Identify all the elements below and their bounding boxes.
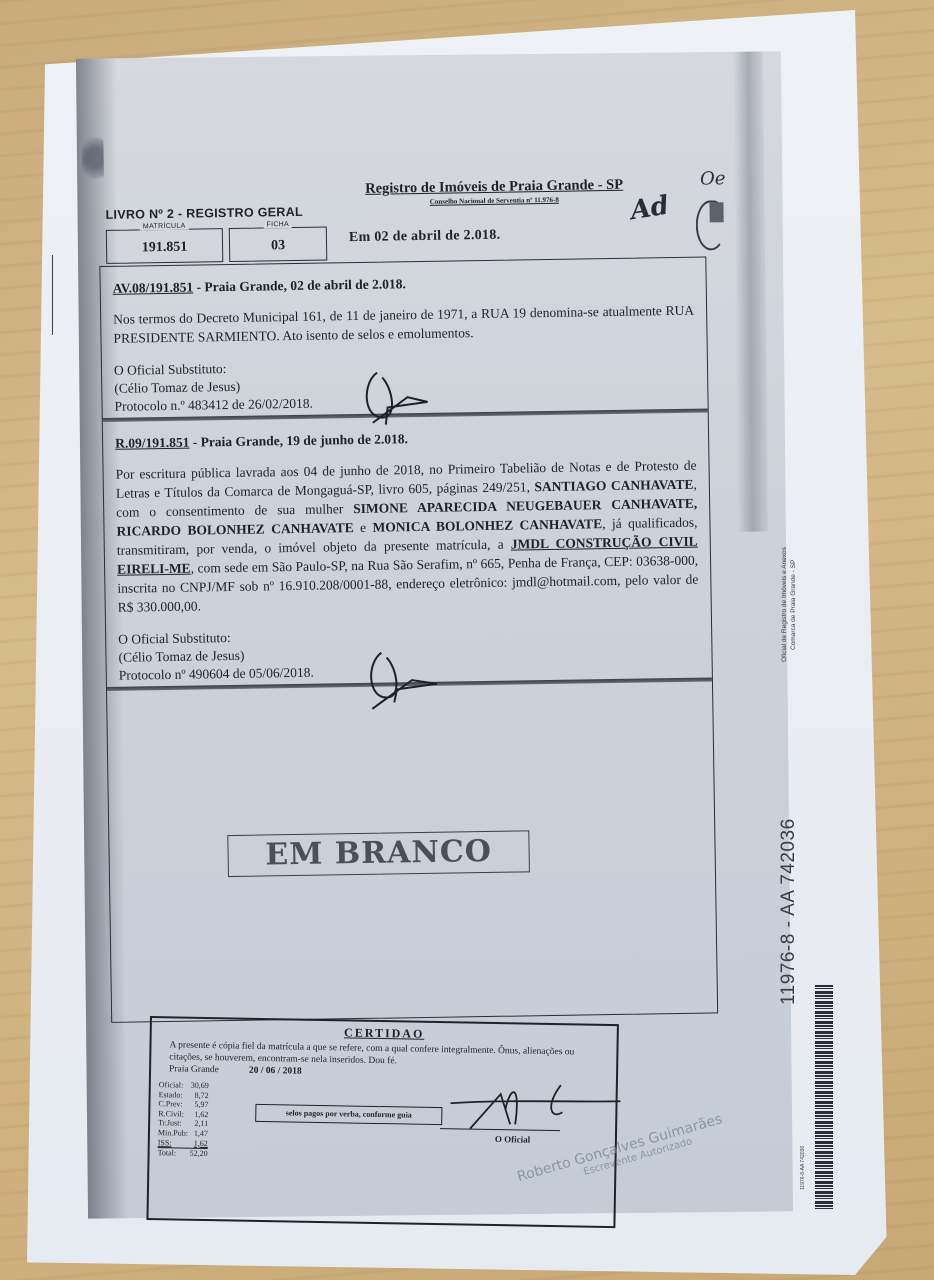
- signature-icon: [450, 1078, 621, 1141]
- seller-name: SANTIAGO CANHAVATE: [534, 477, 693, 494]
- fee-value: 8,72: [195, 1090, 209, 1100]
- registry-heading: Registro de Imóveis de Praia Grande - SP…: [365, 177, 623, 207]
- opening-date: Em 02 de abril de 2.018.: [349, 228, 501, 246]
- fee-value: 1,47: [194, 1129, 208, 1139]
- fee-label: C.Prev:: [158, 1099, 182, 1109]
- ficha-value: 03: [230, 227, 327, 265]
- fee-value: 1,62: [194, 1110, 208, 1120]
- fee-label: Oficial:: [159, 1080, 184, 1090]
- certificate-place: Praia Grande: [169, 1064, 219, 1075]
- fee-row: ISS:1,62: [158, 1138, 208, 1148]
- certificate-box: CERTIDAO A presente é cópia fiel da matr…: [146, 1016, 618, 1228]
- handwritten-note: Oe: [700, 168, 726, 189]
- matricula-value: 191.851: [107, 229, 223, 267]
- co-seller-name: MONICA BOLONHEZ CANHAVATE: [372, 516, 602, 535]
- barcode-icon: [815, 985, 833, 1210]
- fee-label: Min.Pub:: [158, 1128, 188, 1138]
- copy-edge: [733, 52, 768, 532]
- fee-value: 30,69: [191, 1081, 209, 1091]
- entry-heading-text: - Praia Grande, 02 de abril de 2.018.: [193, 276, 406, 294]
- fees-table: Oficial:30,69 Estado:8,72 C.Prev:5,97 R.…: [158, 1080, 209, 1159]
- body-text: , com sede em São Paulo-SP, na Rua São S…: [117, 553, 698, 615]
- body-text: e: [354, 520, 373, 535]
- fee-value: 1,62: [194, 1138, 208, 1148]
- ficha-box: FICHA 03: [229, 226, 328, 262]
- security-strip: Oficial de Registro de Imóveis e AnexosC…: [770, 490, 840, 1220]
- entry-body: Por escritura pública lavrada aos 04 de …: [115, 456, 698, 617]
- registry-document: LIVRO Nº 2 - REGISTRO GERAL Registro de …: [100, 170, 723, 1022]
- fee-label: R.Civil:: [158, 1109, 184, 1119]
- entry-heading: AV.08/191.851 - Praia Grande, 02 de abri…: [113, 270, 694, 298]
- entries-box: AV.08/191.851 - Praia Grande, 02 de abri…: [99, 256, 718, 1022]
- entry-body: Nos termos do Decreto Municipal 161, de …: [113, 301, 695, 348]
- strip-caption-line: Oficial de Registro de Imóveis e Anexos: [780, 510, 789, 700]
- fee-label: Estado:: [159, 1090, 183, 1100]
- matricula-box: MATRÍCULA 191.851: [106, 228, 224, 264]
- margin-mark: [52, 255, 53, 335]
- entry-r09: R.09/191.851 - Praia Grande, 19 de junho…: [103, 412, 712, 684]
- fee-label: ISS:: [158, 1138, 172, 1148]
- ficha-label-text: FICHA: [263, 221, 292, 228]
- coat-of-arms-icon: [81, 130, 104, 186]
- blank-stamp: EM BRANCO: [227, 830, 530, 877]
- fee-label: Tr.Just:: [158, 1119, 182, 1129]
- fee-value: 5,97: [194, 1100, 208, 1110]
- barcode-caption: 11976-8-AA 742036: [800, 1020, 806, 1190]
- fee-total-label: Total:: [158, 1148, 177, 1158]
- selos-note: selos pagos por verba, conforme guia: [255, 1104, 442, 1125]
- matricula-label-text: MATRÍCULA: [140, 223, 189, 231]
- entry-heading: R.09/191.851 - Praia Grande, 19 de junho…: [115, 425, 696, 453]
- fee-value: 2,11: [194, 1119, 208, 1129]
- entry-ref: AV.08/191.851: [113, 280, 194, 296]
- fee-total-row: Total:52,20: [158, 1147, 208, 1158]
- signature-icon: [361, 642, 442, 713]
- fee-total-value: 52,20: [190, 1149, 208, 1159]
- entry-av08: AV.08/191.851 - Praia Grande, 02 de abri…: [100, 258, 707, 416]
- entry-ref: R.09/191.851: [115, 435, 189, 451]
- strip-caption-line: Comarca de Praia Grande - SP: [789, 510, 798, 700]
- certificate-date: 20 / 06 / 2018: [249, 1066, 302, 1077]
- strip-caption: Oficial de Registro de Imóveis e AnexosC…: [780, 510, 798, 700]
- entry-heading-text: - Praia Grande, 19 de junho de 2.018.: [189, 431, 408, 449]
- serial-number: 11976-8 - AA 742036: [778, 775, 800, 1005]
